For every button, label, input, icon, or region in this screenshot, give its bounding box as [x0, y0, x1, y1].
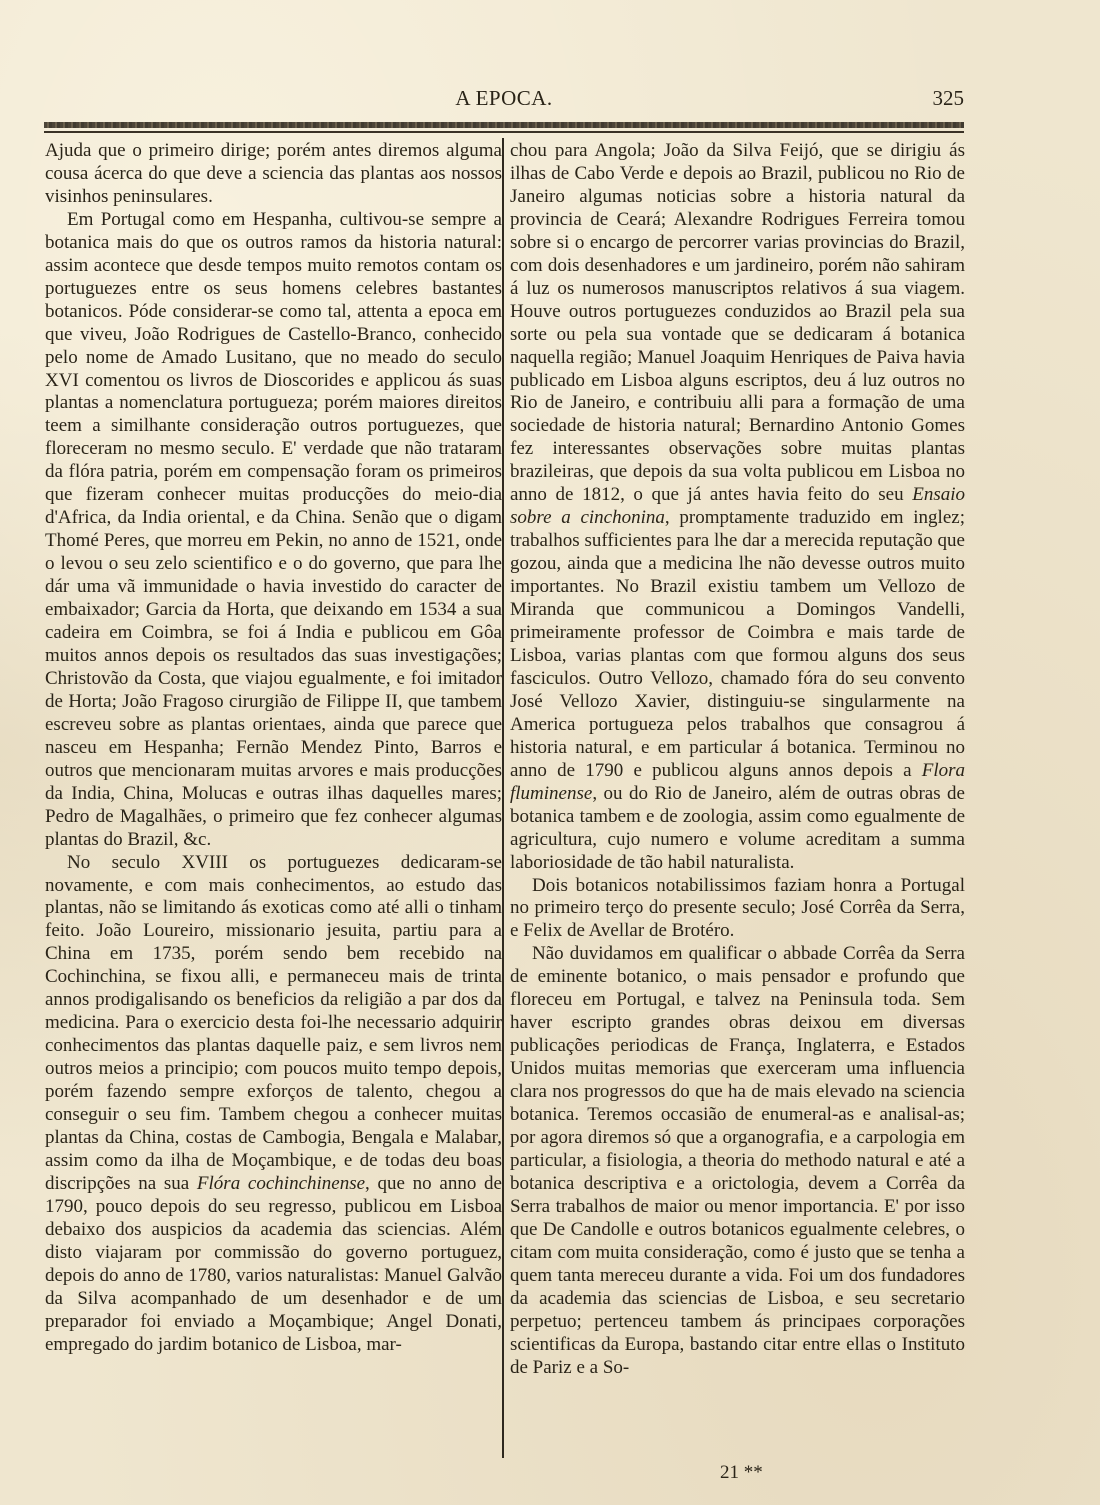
running-title: A EPOCA.: [44, 86, 964, 111]
header-rule-thick: [44, 122, 964, 128]
paragraph-text: chou para Angola; João da Silva Feijó, q…: [510, 140, 965, 505]
paragraph: No seculo XVIII os portuguezes dedicaram…: [45, 852, 502, 1357]
left-column: Ajuda que o primeiro dirige; porém antes…: [45, 140, 502, 1357]
signature-mark: 21 **: [720, 1462, 763, 1484]
paragraph-text: , promptamente traduzido em inglez; trab…: [510, 507, 965, 780]
right-column: chou para Angola; João da Silva Feijó, q…: [510, 140, 965, 1379]
newspaper-page: A EPOCA. 325 Ajuda que o primeiro dirige…: [0, 0, 1100, 1505]
page-number: 325: [933, 86, 965, 111]
paragraph: chou para Angola; João da Silva Feijó, q…: [510, 140, 965, 875]
paragraph: Em Portugal como em Hespanha, cultivou-s…: [45, 209, 502, 852]
paragraph-text: No seculo XVIII os portuguezes dedicaram…: [45, 852, 502, 1194]
book-title: Flóra cochinchinense: [197, 1173, 365, 1194]
paragraph: Ajuda que o primeiro dirige; porém antes…: [45, 140, 502, 209]
paragraph: Dois botanicos notabilissimos faziam hon…: [510, 875, 965, 944]
paragraph-text: , que no anno de 1790, pouco depois do s…: [45, 1173, 502, 1355]
paragraph: Não duvidamos em qualificar o abbade Cor…: [510, 943, 965, 1379]
page-header: A EPOCA. 325: [44, 86, 964, 116]
header-rule-thin: [44, 131, 964, 133]
column-divider: [502, 138, 504, 1458]
